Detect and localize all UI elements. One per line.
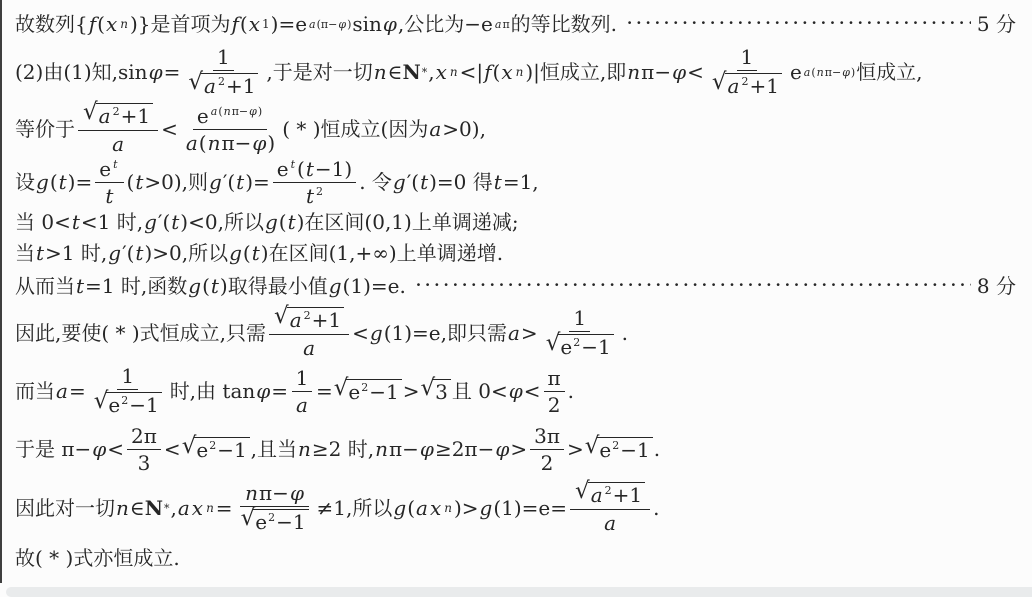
text-line-11-content: 因此对一切 n∈N* ,axn=nπ−φ√e2−1≠1,所以 g(axn)>g(… xyxy=(15,482,659,534)
solution-text: 故数列{f(xn)}是首项为 f(x1)=ea(π−φ) sin φ,公比为−e… xyxy=(15,5,1020,578)
text-line-1: 故数列{f(xn)}是首项为 f(x1)=ea(π−φ) sin φ,公比为−e… xyxy=(15,5,1020,43)
text-line-7: 从而当 t=1 时,函数 g(t)取得最小值 g(1)=e.··········… xyxy=(15,268,1020,304)
text-line-11: 因此对一切 n∈N* ,axn=nπ−φ√e2−1≠1,所以 g(axn)>g(… xyxy=(15,478,1020,538)
scan-edge-line xyxy=(0,0,2,583)
text-line-7-content: 从而当 t=1 时,函数 g(t)取得最小值 g(1)=e. xyxy=(15,275,406,298)
text-line-6-content: 当 t>1 时,g′(t)>0,所以 g(t)在区间(1,+∞)上单调递增. xyxy=(15,242,503,265)
text-line-2: (2)由(1)知,sin φ=1√a2+1,于是对一切 n∈N* ,xn<|f(… xyxy=(15,43,1020,101)
text-line-6: 当 t>1 时,g′(t)>0,所以 g(t)在区间(1,+∞)上单调递增. xyxy=(15,238,1020,268)
text-line-8-content: 因此,要使( * )式恒成立,只需√a2+1a<g(1)=e,即只需 a>1√e… xyxy=(15,307,628,359)
text-line-5-content: 当 0<t<1 时,g′(t)<0,所以 g(t)在区间(0,1)上单调递减; xyxy=(15,211,519,234)
text-line-5: 当 0<t<1 时,g′(t)<0,所以 g(t)在区间(0,1)上单调递减; xyxy=(15,207,1020,238)
score-label: 8 分 xyxy=(977,275,1016,298)
text-line-3: 等价于√a2+1a<ea(nπ−φ)a(nπ−φ)( * )恒成立(因为 a>0… xyxy=(15,101,1020,157)
text-line-2-content: (2)由(1)知,sin φ=1√a2+1,于是对一切 n∈N* ,xn<|f(… xyxy=(15,46,923,98)
text-line-1-content: 故数列{f(xn)}是首项为 f(x1)=ea(π−φ) sin φ,公比为−e… xyxy=(15,13,617,36)
text-line-9-content: 而当 a=1√e2−1时,由 tan φ=1a=√e2−1>√3且 0<φ<π2… xyxy=(15,365,574,417)
text-line-10: 于是 π−φ<2π3<√e2−1,且当 n≥2 时,nπ−φ≥2π−φ>3π2>… xyxy=(15,420,1020,478)
score-label: 5 分 xyxy=(977,13,1016,36)
text-line-9: 而当 a=1√e2−1时,由 tan φ=1a=√e2−1>√3且 0<φ<π2… xyxy=(15,362,1020,420)
text-line-12-content: 故( * )式亦恒成立. xyxy=(15,547,180,570)
dot-leader: ········································… xyxy=(416,277,971,294)
text-line-10-content: 于是 π−φ<2π3<√e2−1,且当 n≥2 时,nπ−φ≥2π−φ>3π2>… xyxy=(15,425,660,474)
document-page: 故数列{f(xn)}是首项为 f(x1)=ea(π−φ) sin φ,公比为−e… xyxy=(0,0,1032,597)
text-line-4-content: 设 g(t)=ett(t>0),则 g′(t)=et(t−1)t2. 令 g′(… xyxy=(15,158,539,207)
dot-leader: ········································… xyxy=(627,15,971,32)
horizontal-scrollbar[interactable] xyxy=(6,587,1032,597)
text-line-12: 故( * )式亦恒成立. xyxy=(15,538,1020,578)
text-line-8: 因此,要使( * )式恒成立,只需√a2+1a<g(1)=e,即只需 a>1√e… xyxy=(15,304,1020,362)
text-line-4: 设 g(t)=ett(t>0),则 g′(t)=et(t−1)t2. 令 g′(… xyxy=(15,157,1020,207)
text-line-3-content: 等价于√a2+1a<ea(nπ−φ)a(nπ−φ)( * )恒成立(因为 a>0… xyxy=(15,103,486,155)
